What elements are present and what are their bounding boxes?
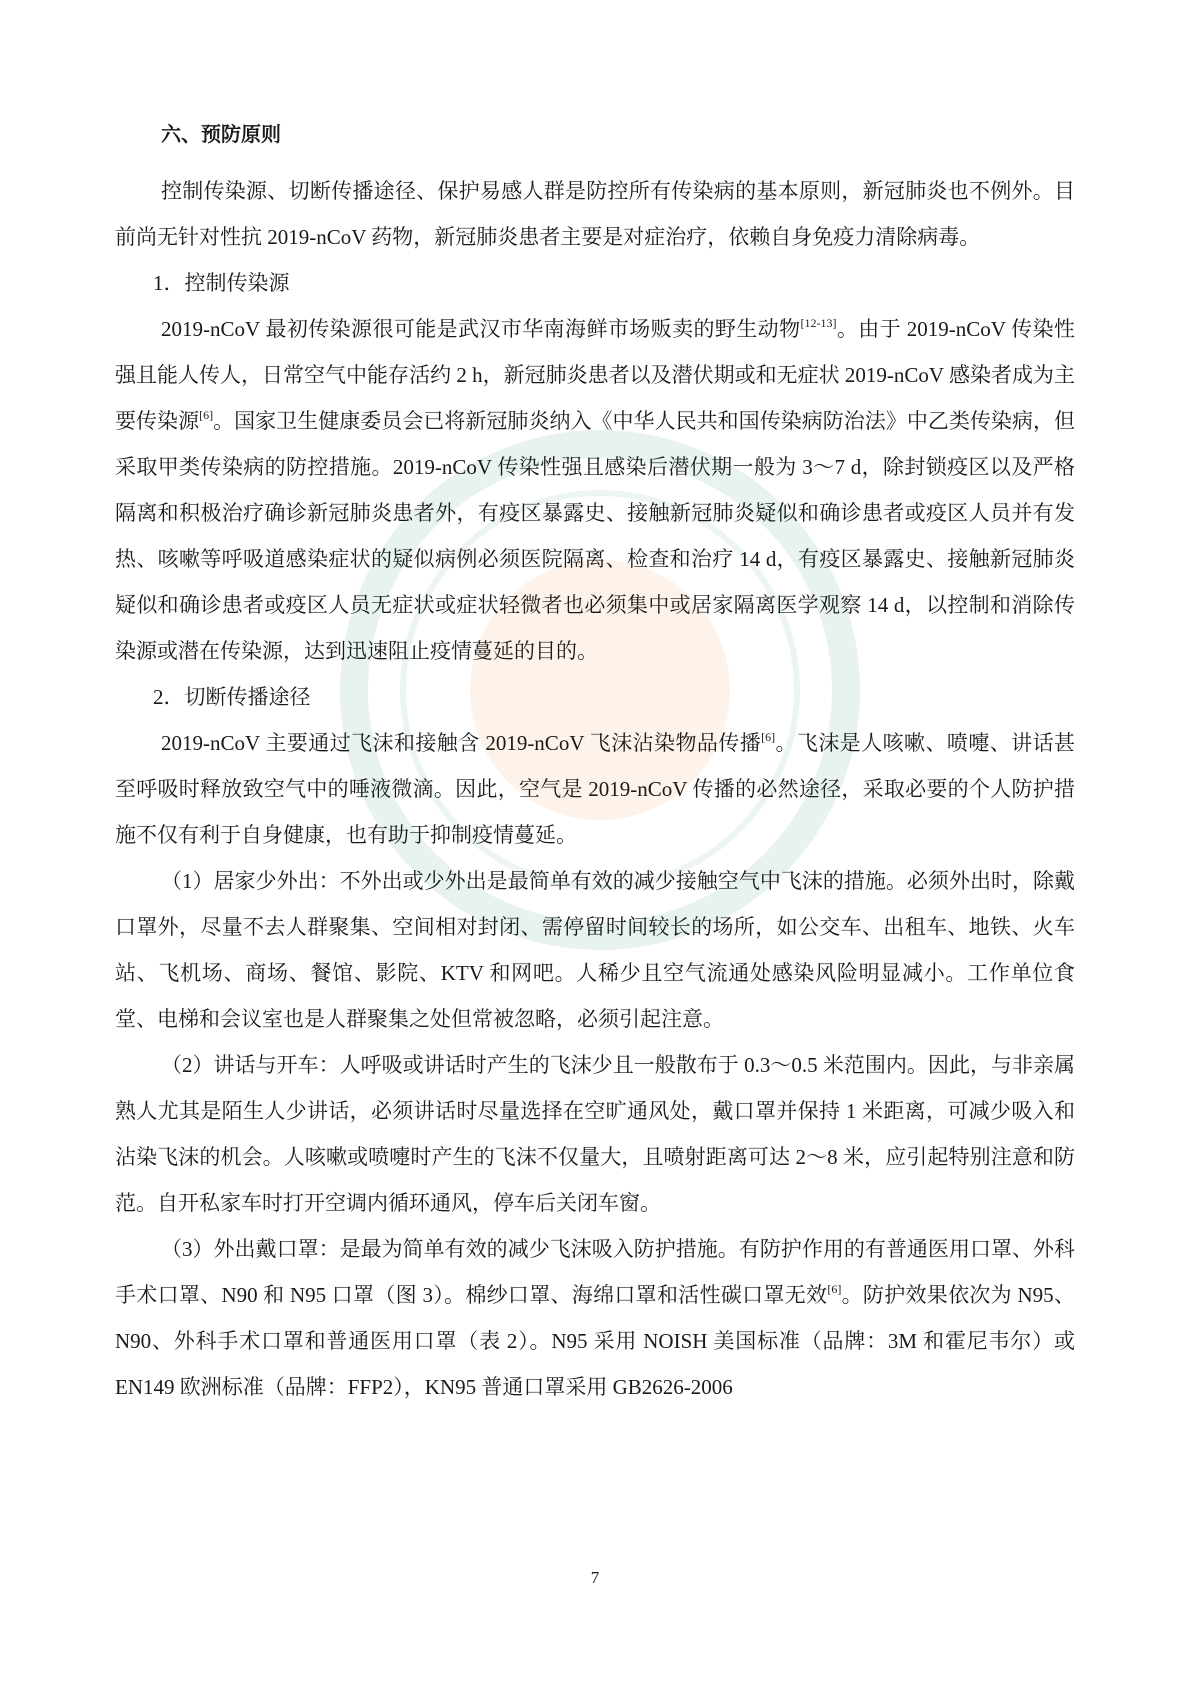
citation: [6] xyxy=(761,730,775,744)
citation: [12-13] xyxy=(800,316,836,330)
document-page: 六、预防原则 控制传染源、切断传播途径、保护易感人群是防控所有传染病的基本原则，… xyxy=(115,122,1075,1410)
subsection-title-control-source: 1．控制传染源 xyxy=(115,260,1075,306)
item-stay-home: （1）居家少外出：不外出或少外出是最简单有效的减少接触空气中飞沫的措施。必须外出… xyxy=(115,858,1075,1042)
section-heading: 六、预防原则 xyxy=(115,122,1075,168)
control-source-paragraph: 2019-nCoV 最初传染源很可能是武汉市华南海鲜市场贩卖的野生动物[12-1… xyxy=(115,306,1075,674)
item-wear-mask: （3）外出戴口罩：是最为简单有效的减少飞沫吸入防护措施。有防护作用的有普通医用口… xyxy=(115,1226,1075,1410)
subsection-title-cut-transmission: 2．切断传播途径 xyxy=(115,674,1075,720)
item-talking-driving: （2）讲话与开车：人呼吸或讲话时产生的飞沫少且一般散布于 0.3～0.5 米范围… xyxy=(115,1042,1075,1226)
citation: [6] xyxy=(827,1282,841,1296)
intro-paragraph: 控制传染源、切断传播途径、保护易感人群是防控所有传染病的基本原则，新冠肺炎也不例… xyxy=(115,168,1075,260)
page-number: 7 xyxy=(0,1568,1190,1588)
citation: [6] xyxy=(199,408,213,422)
transmission-paragraph: 2019-nCoV 主要通过飞沫和接触含 2019-nCoV 飞沫沾染物品传播[… xyxy=(115,720,1075,858)
